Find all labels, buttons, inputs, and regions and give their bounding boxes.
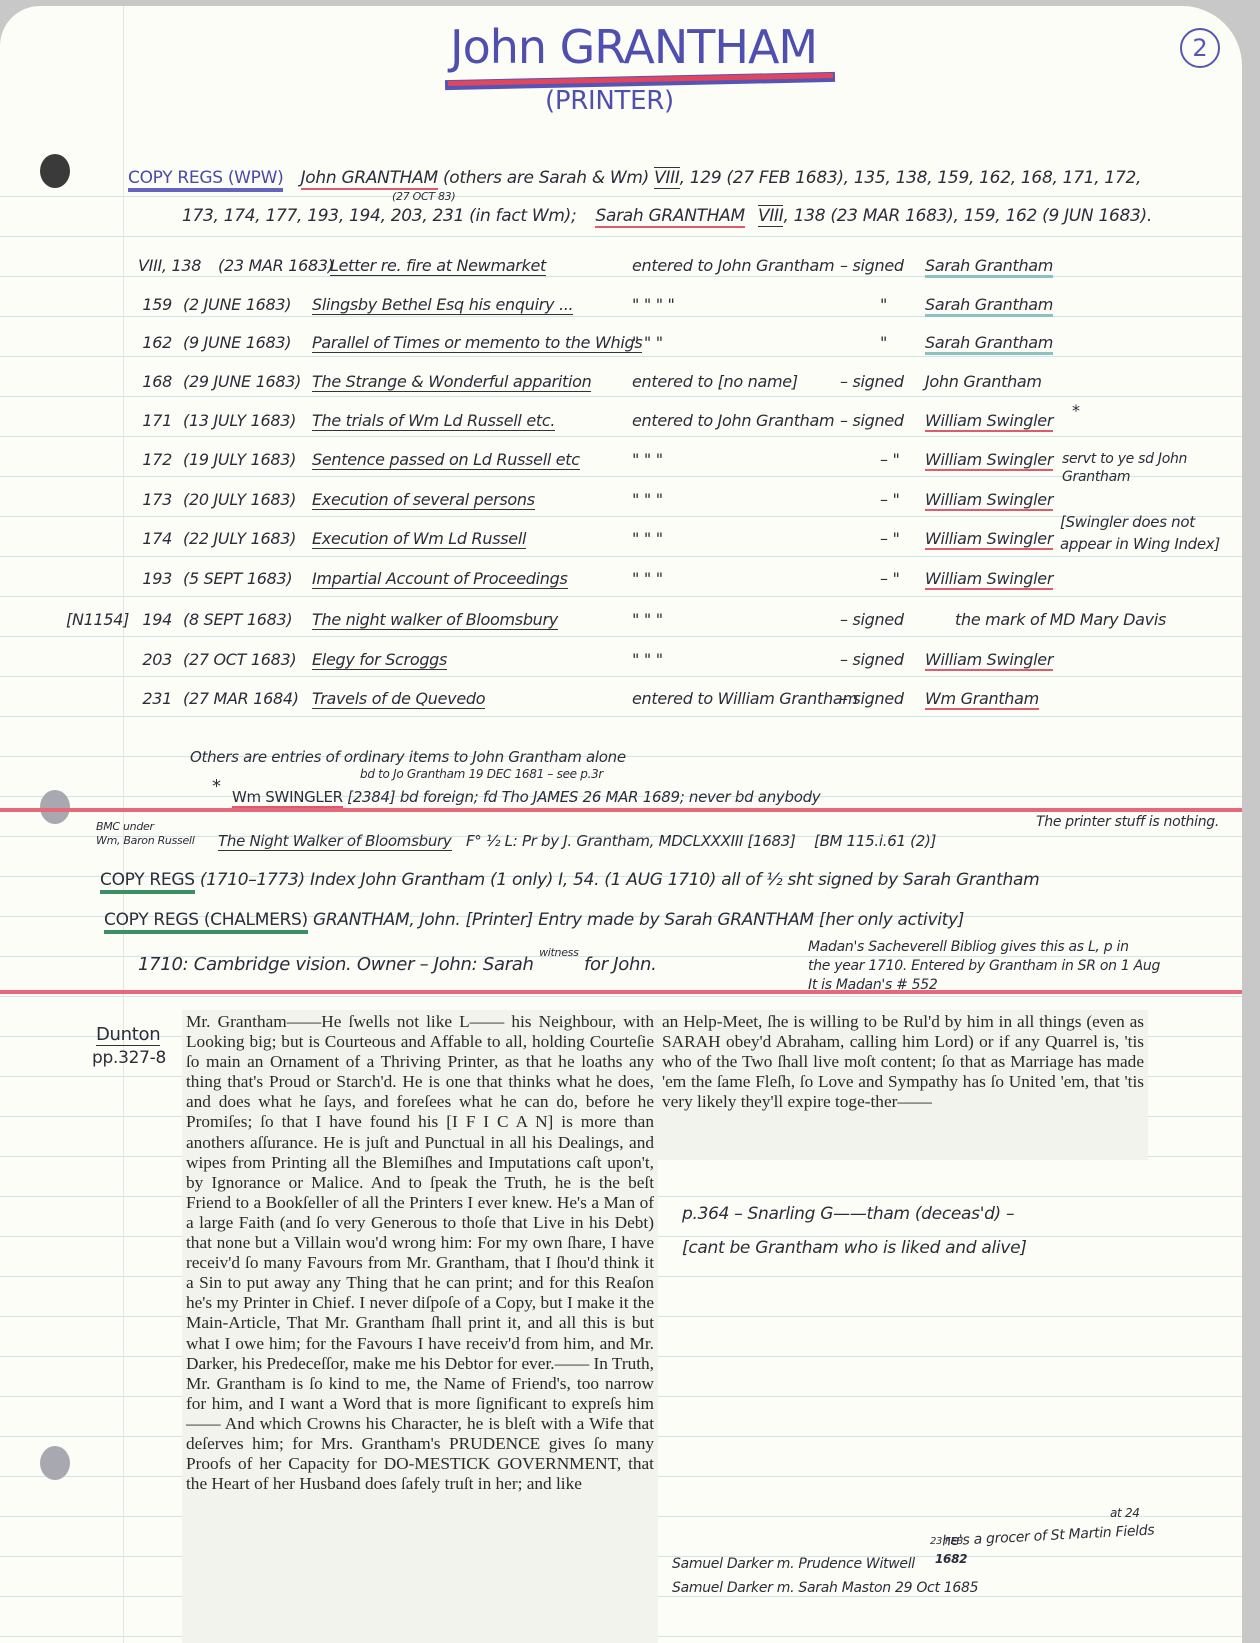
- clipping-left-text: Mr. Grantham——He ſwells not like L—— his…: [186, 1012, 654, 1494]
- entry-entered: " " ": [632, 610, 663, 629]
- punch-hole: [40, 1446, 70, 1480]
- entry-title: The Strange & Wonderful apparition: [312, 372, 591, 392]
- swingler-name: Wm SWINGLER: [232, 788, 343, 808]
- entry-title: Impartial Account of Proceedings: [312, 569, 568, 589]
- entry-date: (13 JULY 1683): [183, 411, 296, 430]
- page-title: John GRANTHAM: [450, 20, 817, 74]
- footnote-superscript: bd to Jo Grantham 19 DEC 1681 – see p.3r: [360, 767, 603, 781]
- entry-date: (22 JULY 1683): [183, 529, 296, 548]
- ruled-line: [0, 516, 1242, 517]
- swingler-text: bd foreign; fd Tho JAMES 26 MAR 1689; ne…: [400, 788, 821, 806]
- entry-entered: " " ": [632, 333, 663, 352]
- ruled-line: [0, 996, 1242, 997]
- entry-date: (27 MAR 1684): [183, 689, 299, 708]
- copy-regs-wpw-line2: 173, 174, 177, 193, 194, 203, 231 (in fa…: [182, 206, 1152, 226]
- entry-date: (20 JULY 1683): [183, 490, 296, 509]
- volume-viii: VIII: [654, 167, 679, 189]
- entry-signed: Sarah Grantham: [925, 256, 1053, 278]
- ruled-line: [0, 436, 1242, 437]
- dunton-label: Dunton: [96, 1024, 160, 1045]
- entry-ref: 159: [128, 295, 172, 314]
- notebook-page: John GRANTHAM (PRINTER) 2 COPY REGS (WPW…: [0, 6, 1242, 1643]
- entry-ref: 193: [128, 569, 172, 588]
- entry-signed: Sarah Grantham: [925, 295, 1053, 317]
- cambridge-insert: witness: [539, 946, 578, 959]
- entry-signed-prefix: – signed: [840, 256, 904, 275]
- cambridge-line: 1710: Cambridge vision. Owner – John: Sa…: [138, 954, 657, 975]
- entry-title: Sentence passed on Ld Russell etc: [312, 450, 580, 470]
- entry-note: servt to ye sd John Grantham: [1062, 450, 1232, 486]
- entry-signed-prefix: – signed: [840, 411, 904, 430]
- swingler-bracket-note: [Swingler does not appear in Wing Index]: [1060, 511, 1235, 555]
- entry-date: (5 SEPT 1683): [183, 569, 292, 588]
- entry-signed: Wm Grantham: [925, 689, 1039, 710]
- entry-ref: 171: [128, 411, 172, 430]
- entry-signed-prefix: – ": [880, 490, 900, 509]
- snarling-note-1: p.364 – Snarling G——tham (deceas'd) –: [682, 1204, 1014, 1224]
- footnote-line: Wm SWINGLER [2384] bd foreign; fd Tho JA…: [232, 788, 820, 806]
- date-note-203: (27 OCT 83): [392, 190, 455, 203]
- entry-title: The trials of Wm Ld Russell etc.: [312, 411, 555, 431]
- entry-signed: William Swingler: [925, 450, 1053, 471]
- entry-entered: " " ": [632, 650, 663, 669]
- entry-title: The night walker of Bloomsbury: [312, 610, 558, 630]
- ruled-line: [0, 716, 1242, 717]
- clipping-right-text: an Help-Meet, ſhe is willing to be Rul'd…: [662, 1012, 1144, 1112]
- section-divider: [0, 990, 1242, 994]
- entry-ref: 173: [128, 490, 172, 509]
- ruled-line: [0, 476, 1242, 477]
- punch-hole: [40, 790, 70, 824]
- darker-remark: he's a grocer of St Martin Fields: [942, 1522, 1155, 1549]
- swingler-number: [2384]: [347, 788, 395, 806]
- entry-ref: 203: [128, 650, 172, 669]
- john-grantham-name: John GRANTHAM: [301, 168, 438, 190]
- copy-regs-wpw-line1: COPY REGS (WPW) John GRANTHAM (others ar…: [128, 168, 1141, 188]
- entry-entered: " " " ": [632, 295, 675, 314]
- entry-signed-prefix: – signed: [840, 650, 904, 669]
- section-divider: [0, 808, 1242, 812]
- entry-ref: 231: [128, 689, 172, 708]
- john-refs-line2: 173, 174, 177, 193, 194, 203, 231 (in fa…: [182, 206, 576, 226]
- ruled-line: [0, 316, 1242, 317]
- entry-margin-ref: [N1154]: [66, 610, 129, 629]
- entry-date: (19 JULY 1683): [183, 450, 296, 469]
- entry-date: (29 JUNE 1683): [183, 372, 301, 391]
- entry-title: Letter re. fire at Newmarket: [330, 256, 546, 276]
- madan-note: Madan's Sacheverell Bibliog gives this a…: [808, 938, 1160, 995]
- entry-ref: 162: [128, 333, 172, 352]
- others-note: (others are Sarah & Wm): [443, 168, 649, 188]
- bmc-details: F° ½ L: Pr by J. Grantham, MDCLXXXIII [1…: [466, 832, 796, 850]
- sarah-volume-viii: VIII: [758, 205, 783, 227]
- entry-title: Slingsby Bethel Esq his enquiry ...: [312, 295, 573, 315]
- entry-signed: William Swingler: [925, 650, 1053, 671]
- entry-date: (27 OCT 1683): [183, 650, 296, 669]
- copy-regs-chalmers-text: GRANTHAM, John. [Printer] Entry made by …: [313, 910, 964, 930]
- entry-signed-prefix: ": [880, 333, 887, 352]
- cambridge-text-end: for John.: [584, 954, 657, 975]
- entry-entered: " " ": [632, 529, 663, 548]
- entry-title: Execution of Wm Ld Russell: [312, 529, 526, 549]
- copy-regs-1710-label: COPY REGS: [100, 870, 195, 894]
- copy-regs-chalmers-label: COPY REGS (CHALMERS): [104, 910, 308, 934]
- entry-signed: William Swingler: [925, 529, 1053, 550]
- page-subtitle: (PRINTER): [545, 86, 674, 116]
- cambridge-text: 1710: Cambridge vision. Owner – John: Sa…: [138, 954, 534, 975]
- entry-signed: William Swingler: [925, 411, 1053, 432]
- bmc-shelfmark: [BM 115.i.61 (2)]: [814, 832, 936, 850]
- entry-entered: " " ": [632, 569, 663, 588]
- entry-signed: the mark of MD Mary Davis: [955, 610, 1166, 629]
- entry-signed-prefix: – signed: [840, 689, 904, 708]
- dunton-clipping-right: an Help-Meet, ſhe is willing to be Rul'd…: [658, 1010, 1148, 1160]
- bmc-label-1: BMC under: [96, 820, 154, 833]
- ruled-line: [0, 596, 1242, 597]
- darker-line-2: Samuel Darker m. Sarah Maston 29 Oct 168…: [672, 1580, 978, 1596]
- entry-title: Execution of several persons: [312, 490, 535, 510]
- entry-ref: 168: [128, 372, 172, 391]
- snarling-note-2: [cant be Grantham who is liked and alive…: [682, 1238, 1027, 1258]
- entry-date: (23 MAR 1683): [218, 256, 334, 275]
- entry-title: Travels of de Quevedo: [312, 689, 485, 709]
- entry-ref: 194: [128, 610, 172, 629]
- bmc-line: The Night Walker of Bloomsbury F° ½ L: P…: [218, 832, 936, 850]
- ruled-line: [0, 556, 1242, 557]
- others-note-line: Others are entries of ordinary items to …: [190, 748, 626, 766]
- john-refs-line1: , 129 (27 FEB 1683), 135, 138, 159, 162,…: [680, 168, 1142, 188]
- madan-note-2: the year 1710. Entered by Grantham in SR…: [808, 957, 1160, 976]
- entry-ref: VIII, 138: [138, 256, 201, 275]
- sarah-grantham-name: Sarah GRANTHAM: [595, 206, 744, 228]
- entry-date: (9 JUNE 1683): [183, 333, 291, 352]
- ruled-line: [0, 236, 1242, 237]
- copy-regs-chalmers-line: COPY REGS (CHALMERS) GRANTHAM, John. [Pr…: [104, 910, 964, 930]
- entry-signed-prefix: – ": [880, 529, 900, 548]
- entry-entered: entered to [no name]: [632, 372, 798, 391]
- bmc-remark: The printer stuff is nothing.: [1036, 814, 1219, 830]
- entry-title: Elegy for Scroggs: [312, 650, 447, 670]
- entry-signed-prefix: – ": [880, 569, 900, 588]
- entry-signed: William Swingler: [925, 490, 1053, 511]
- entry-signed: Sarah Grantham: [925, 333, 1053, 355]
- copy-regs-wpw-label: COPY REGS (WPW): [128, 168, 283, 192]
- entry-entered: entered to William Grantham: [632, 689, 858, 708]
- entry-ref: 174: [128, 529, 172, 548]
- entry-entered: entered to John Grantham: [632, 256, 834, 275]
- entry-signed-prefix: – ": [880, 450, 900, 469]
- entry-ref: 172: [128, 450, 172, 469]
- entry-signed: William Swingler: [925, 569, 1053, 590]
- entry-signed: John Grantham: [925, 372, 1042, 391]
- darker-line-1: Samuel Darker m. Prudence Witwell: [672, 1556, 915, 1572]
- punch-hole: [40, 154, 70, 188]
- entry-date: (8 SEPT 1683): [183, 610, 292, 629]
- copy-regs-1710-line: COPY REGS (1710–1773) Index John Grantha…: [100, 870, 1039, 890]
- entry-signed-prefix: – signed: [840, 372, 904, 391]
- entry-signed-prefix: – signed: [840, 610, 904, 629]
- page-number: 2: [1180, 28, 1220, 68]
- entry-entered: " " ": [632, 450, 663, 469]
- bmc-label-2: Wm, Baron Russell: [96, 834, 194, 847]
- ruled-line: [0, 196, 1242, 197]
- entry-signed-prefix: ": [880, 295, 887, 314]
- madan-note-1: Madan's Sacheverell Bibliog gives this a…: [808, 938, 1160, 957]
- entry-note: *: [1072, 401, 1080, 420]
- copy-regs-1710-text: (1710–1773) Index John Grantham (1 only)…: [200, 870, 1040, 890]
- ruled-line: [0, 676, 1242, 677]
- dunton-pages: pp.327-8: [92, 1048, 166, 1068]
- ruled-line: [0, 356, 1242, 357]
- dunton-clipping-left: Mr. Grantham——He ſwells not like L—— his…: [182, 1010, 658, 1643]
- darker-remark-sup: at 24: [1110, 1506, 1140, 1520]
- entry-title: Parallel of Times or memento to the Whig…: [312, 333, 642, 353]
- ruled-line: [0, 636, 1242, 637]
- darker-year: 1682: [935, 1552, 967, 1566]
- entry-entered: " " ": [632, 490, 663, 509]
- entry-entered: entered to John Grantham: [632, 411, 834, 430]
- ruled-line: [0, 396, 1242, 397]
- sarah-refs: , 138 (23 MAR 1683), 159, 162 (9 JUN 168…: [783, 206, 1151, 226]
- ruled-line: [0, 276, 1242, 277]
- entry-date: (2 JUNE 1683): [183, 295, 291, 314]
- footnote-marker: *: [212, 776, 221, 797]
- bmc-title: The Night Walker of Bloomsbury: [218, 832, 452, 851]
